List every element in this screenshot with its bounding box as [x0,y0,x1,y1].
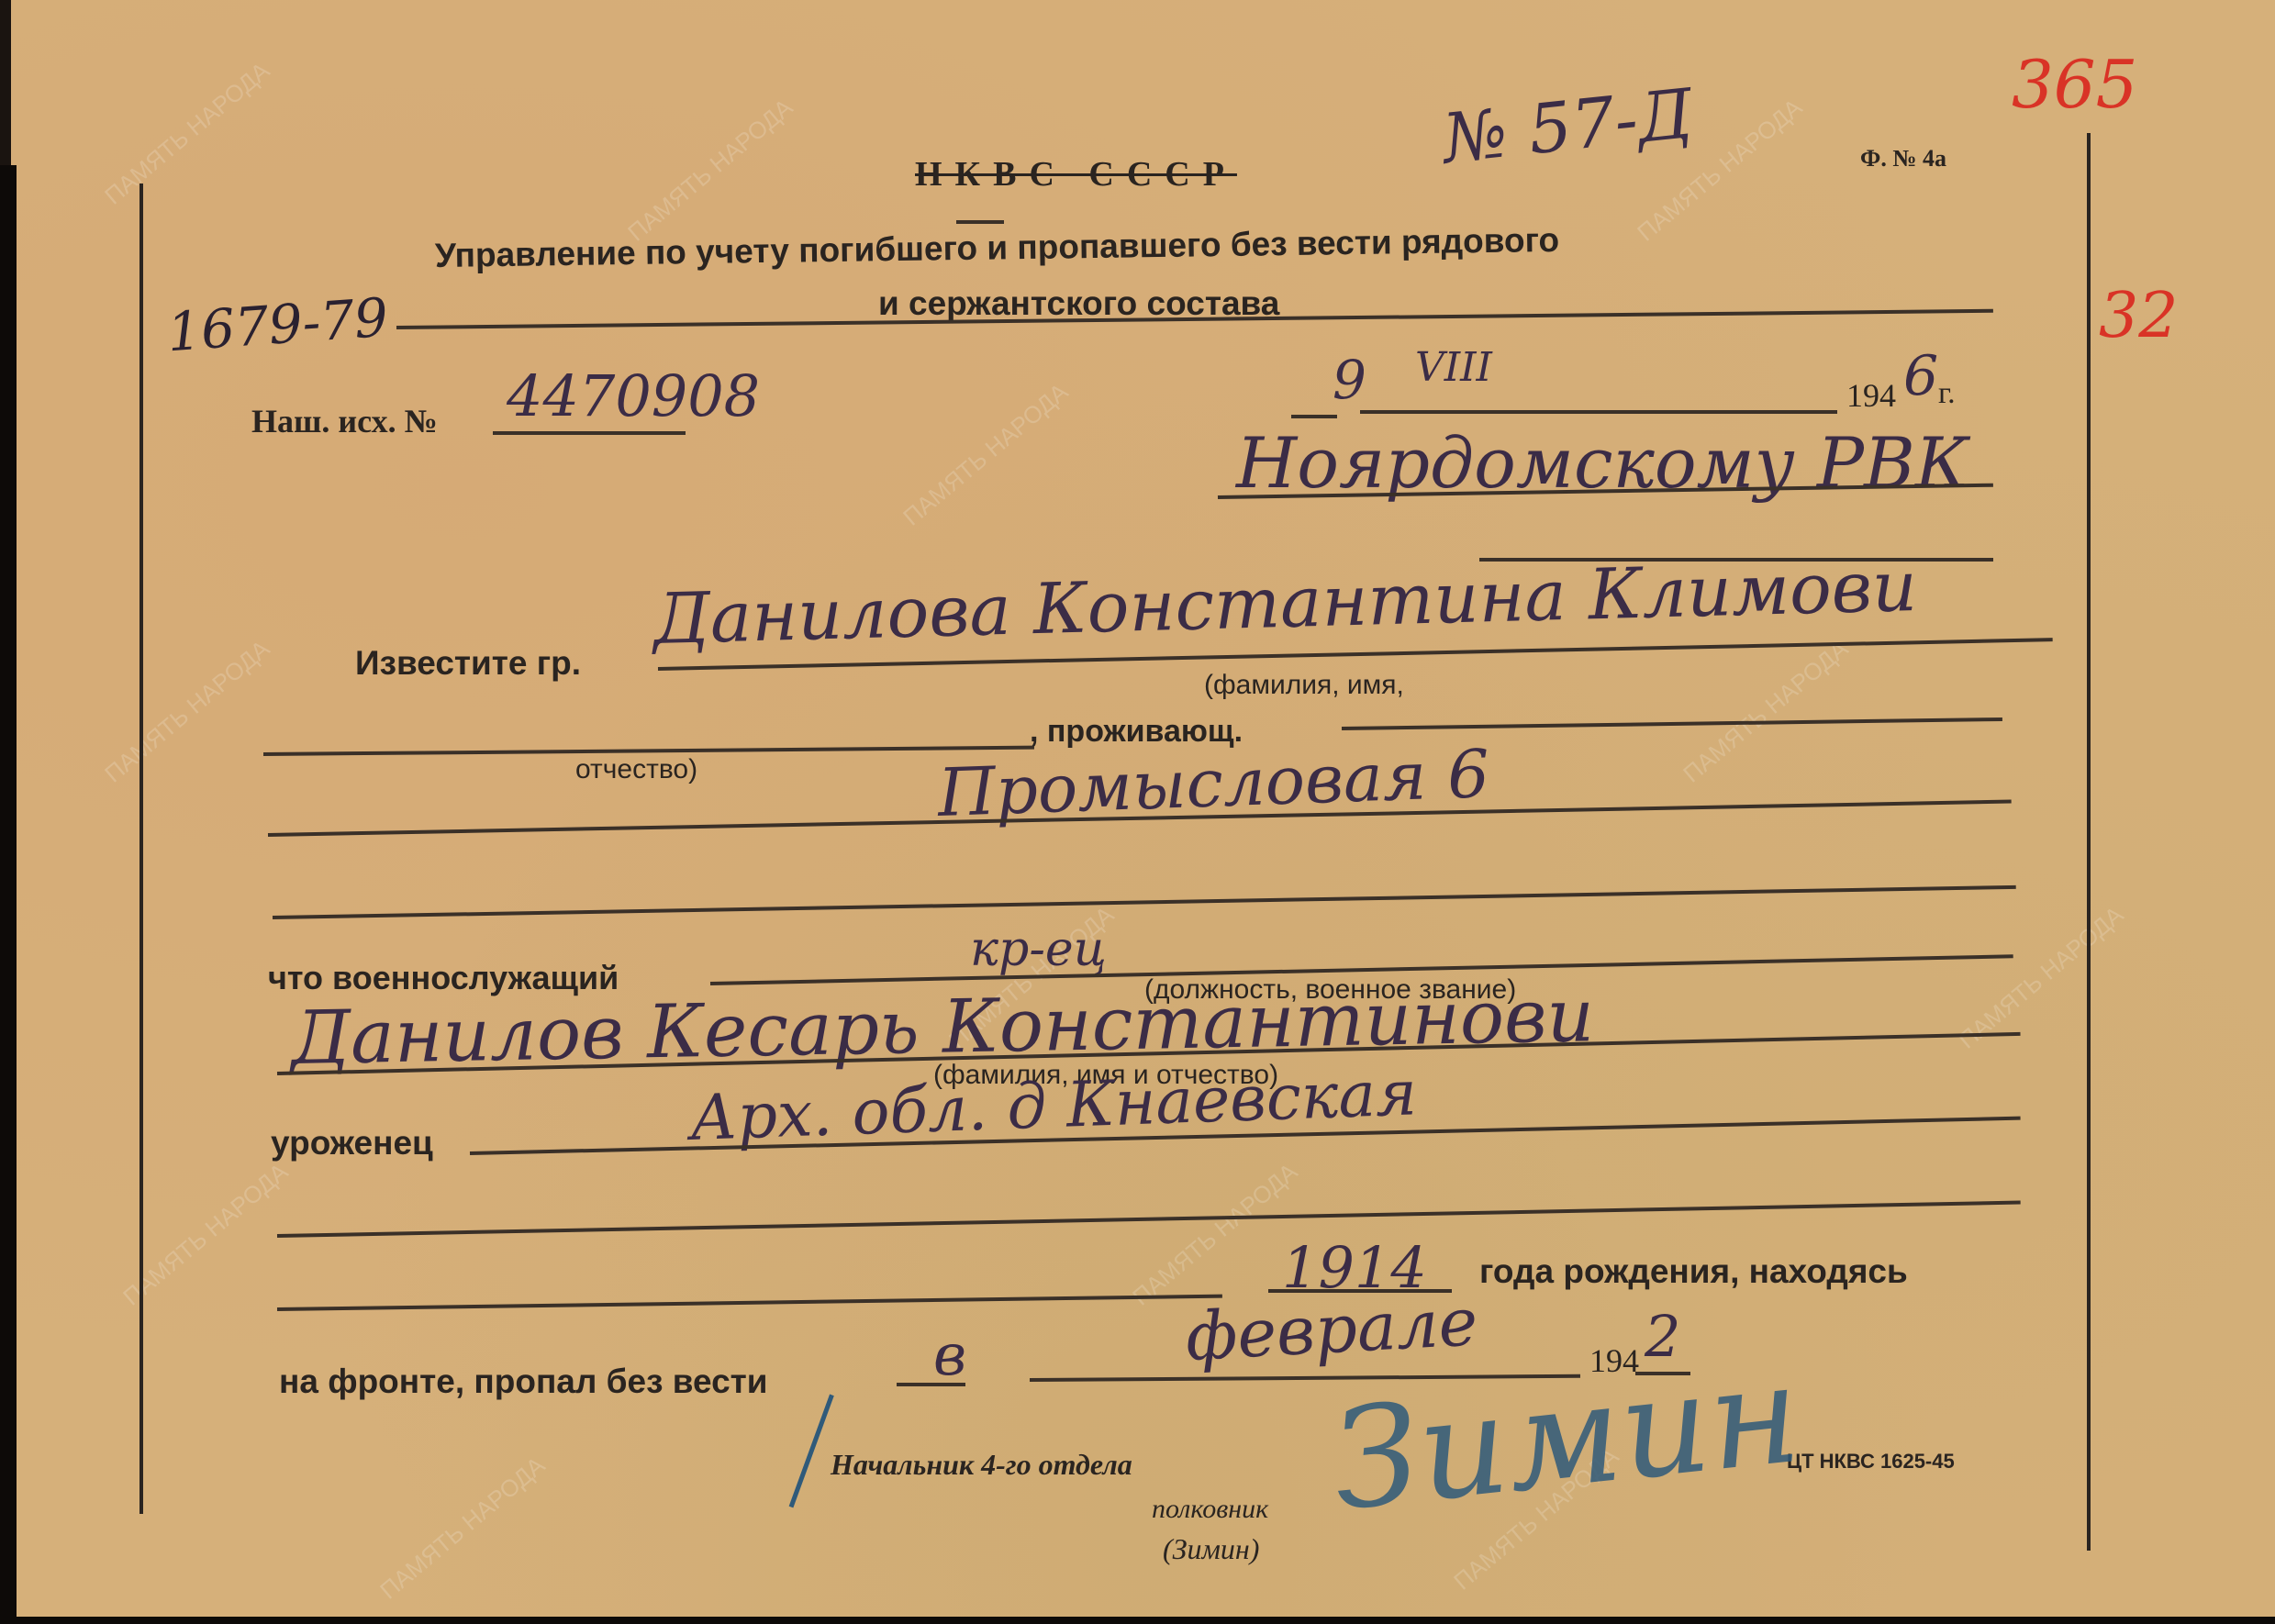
signatory-name: (Зимин) [1163,1532,1259,1566]
watermark: ПАМЯТЬ НАРОДА [99,635,275,789]
file-number-handwritten: № 57-Д [1439,74,1696,179]
watermark: ПАМЯТЬ НАРОДА [99,57,275,211]
caption-name: (фамилия, имя, [1204,670,1404,701]
outgoing-number-line [493,431,686,435]
blank-line-2 [273,885,2016,919]
notify-label: Известите гр. [355,644,581,683]
outgoing-label: Наш. исх. № [251,402,438,440]
birth-blank-line [277,1295,1222,1311]
outgoing-number: 4470908 [507,362,760,429]
scan-border-left [0,165,17,1624]
blank-line-3 [277,1201,2021,1238]
scan-border-bottom [0,1617,2275,1624]
signatory-rank: полковник [1152,1494,1268,1525]
department-title-line1: Управление по учету погибшего и пропавше… [435,221,1560,275]
watermark: ПАМЯТЬ НАРОДА [898,378,1074,532]
form-number: Ф. № 4а [1860,145,1946,172]
missing-day-line [897,1383,965,1386]
watermark: ПАМЯТЬ НАРОДА [117,1158,294,1312]
birth-suffix: года рождения, находясь [1479,1252,1908,1291]
document-page: ПАМЯТЬ НАРОДА ПАМЯТЬ НАРОДА ПАМЯТЬ НАРОД… [11,0,2275,1617]
org-header-struck: НКВС СССР [915,154,1237,195]
left-margin-number: 1679-79 [165,286,390,364]
date-year-g: г. [1938,376,1956,411]
signature: Зимин [1325,1334,1807,1541]
missing-month: феврале [1184,1283,1479,1375]
signatory-position: Начальник 4-го отдела [831,1448,1132,1482]
red-number-side: 32 [2099,280,2179,352]
date-day-line [1291,415,1337,418]
watermark: ПАМЯТЬ НАРОДА [622,94,798,248]
date-month: VIII [1415,344,1492,391]
native-label: уроженец [271,1124,433,1162]
print-mark: ЦТ НКВС 1625-45 [1787,1450,1955,1474]
right-margin-line [2087,133,2091,1551]
watermark: ПАМЯТЬ НАРОДА [374,1452,551,1606]
signature-stroke [789,1394,834,1507]
date-year-suffix: 6 [1903,344,1938,408]
date-year-prefix: 194 [1846,376,1896,415]
date-month-line [1360,410,1837,414]
missing-day: в [933,1321,966,1388]
header-underline [956,220,1004,224]
caption-patronymic: отчество) [575,754,697,785]
left-margin-line [139,184,143,1514]
date-day: 9 [1333,349,1366,411]
missing-label: на фронте, пропал без вести [279,1363,768,1401]
soldier-rank: кр-ец [970,922,1107,977]
notify-name: Данилова Константина Климови [652,545,1918,660]
red-number-top: 365 [2012,46,2137,123]
watermark: ПАМЯТЬ НАРОДА [1953,901,2129,1055]
residing-line [1342,717,2002,730]
watermark: ПАМЯТЬ НАРОДА [1678,635,1854,789]
